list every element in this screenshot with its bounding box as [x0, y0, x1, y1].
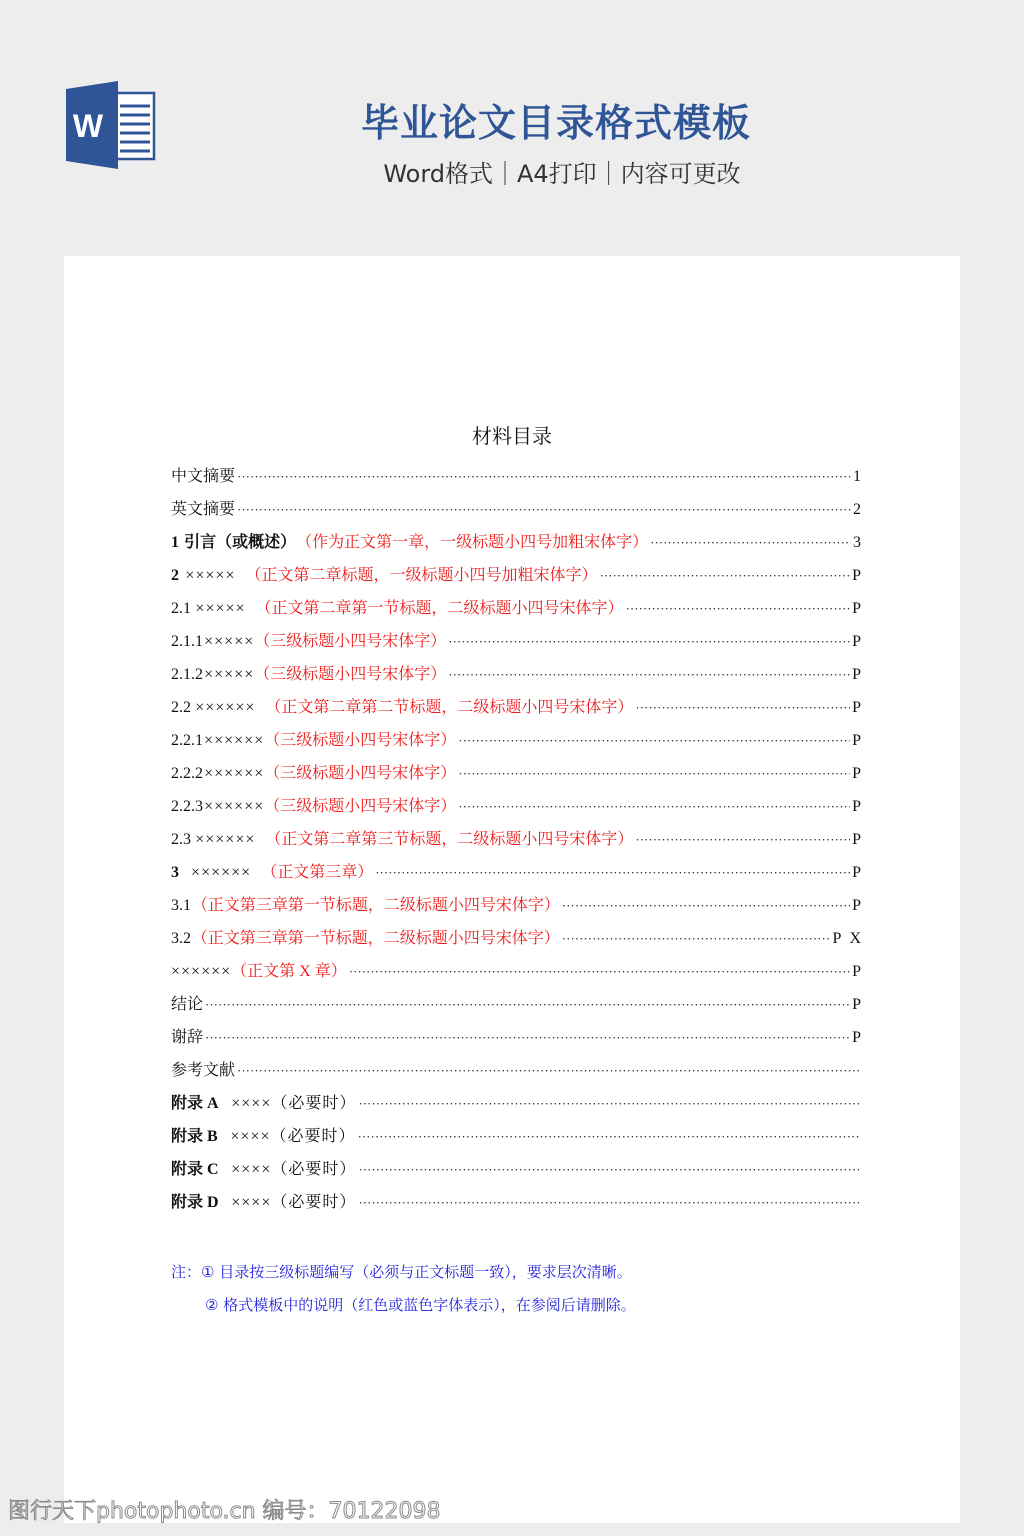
dot-leader	[626, 596, 851, 622]
toc-entry[interactable]: 附录 C××××（必要时）	[171, 1157, 861, 1190]
toc-entry-label: 参考文献	[171, 1058, 235, 1084]
toc-entry-label: ××××××	[195, 827, 255, 853]
dot-leader	[562, 893, 850, 919]
dot-leader	[358, 1091, 859, 1117]
toc-entry[interactable]: ××××××（正文第 X 章）P	[171, 959, 861, 992]
toc-entry[interactable]: 2×××××（正文第二章标题，一级标题小四号加粗宋体字）P	[171, 563, 861, 596]
toc-entry-page-number: P	[852, 662, 861, 688]
toc-entry-format-note: （正文第二章第一节标题，二级标题小四号宋体字）	[256, 596, 624, 622]
toc-entry-label: ××××××	[171, 959, 231, 985]
toc-entry-format-note: （正文第三章第一节标题，二级标题小四号宋体字）	[192, 893, 560, 919]
toc-entry[interactable]: 英文摘要2	[171, 497, 861, 530]
toc-entry-number: 附录 C	[171, 1157, 219, 1183]
toc-entry[interactable]: 参考文献	[171, 1058, 861, 1091]
toc-entry[interactable]: 1引言（或概述）（作为正文第一章，一级标题小四号加粗宋体字）3	[171, 530, 861, 563]
note-text: ② 格式模板中的说明（红色或蓝色字体表示），在参阅后请删除。	[205, 1296, 636, 1314]
document-title: 材料目录	[64, 420, 960, 449]
toc-entry-page-number: P	[852, 860, 861, 886]
dot-leader	[635, 827, 850, 853]
toc-entry-label: ×××××	[204, 662, 254, 688]
toc-entry-label: ××××××	[204, 761, 264, 787]
note-line: ② 格式模板中的说明（红色或蓝色字体表示），在参阅后请删除。	[171, 1293, 636, 1326]
toc-entry-format-note: （正文第二章标题，一级标题小四号加粗宋体字）	[245, 563, 597, 589]
document-page: 材料目录 中文摘要1英文摘要21引言（或概述）（作为正文第一章，一级标题小四号加…	[64, 256, 960, 1523]
dot-leader	[562, 926, 831, 952]
instruction-notes: 注：① 目录按三级标题编写（必须与正文标题一致），要求层次清晰。 ② 格式模板中…	[171, 1260, 636, 1326]
toc-entry-format-note: （正文第三章第一节标题，二级标题小四号宋体字）	[192, 926, 560, 952]
toc-entry-page-number: P	[852, 629, 861, 655]
note-text: ① 目录按三级标题编写（必须与正文标题一致），要求层次清晰。	[201, 1263, 632, 1281]
toc-entry-page-number: P	[852, 992, 861, 1018]
toc-entry-number: 2.1	[171, 596, 191, 622]
toc-entry-format-note: （三级标题小四号宋体字）	[264, 794, 456, 820]
toc-entry[interactable]: 2.2××××××（正文第二章第二节标题，二级标题小四号宋体字）P	[171, 695, 861, 728]
dot-leader	[458, 761, 850, 787]
toc-entry-page-number: P	[852, 827, 861, 853]
toc-entry-number: 2.2	[171, 695, 191, 721]
toc-entry-label: 英文摘要	[171, 497, 235, 523]
toc-entry-number: 3.2	[171, 926, 191, 952]
toc-entry[interactable]: 附录 D××××（必要时）	[171, 1190, 861, 1223]
toc-entry-page-number: 1	[853, 464, 861, 490]
page-subtitle: Word格式｜A4打印｜内容可更改	[0, 154, 1024, 189]
toc-entry-format-note: （作为正文第一章，一级标题小四号加粗宋体字）	[296, 530, 648, 556]
toc-entry-format-note: （正文第二章第二节标题，二级标题小四号宋体字）	[265, 695, 633, 721]
dot-leader	[375, 860, 850, 886]
toc-entry[interactable]: 中文摘要1	[171, 464, 861, 497]
toc-entry[interactable]: 谢辞P	[171, 1025, 861, 1058]
toc-entry-label: ××××（必要时）	[231, 1190, 356, 1216]
toc-entry-number: 2.3	[171, 827, 191, 853]
toc-entry[interactable]: 2.1×××××（正文第二章第一节标题，二级标题小四号宋体字）P	[171, 596, 861, 629]
toc-entry-extra-mark: X	[849, 926, 861, 952]
toc-entry-label: ×××××	[185, 563, 235, 589]
page-title: 毕业论文目录格式模板	[0, 92, 1024, 147]
dot-leader	[448, 629, 850, 655]
toc-entry-format-note: （正文第三章）	[261, 860, 373, 886]
toc-entry-number: 3	[171, 860, 179, 886]
dot-leader	[600, 563, 851, 589]
toc-entry-format-note: （三级标题小四号宋体字）	[254, 629, 446, 655]
toc-entry-label: ×××××	[204, 629, 254, 655]
toc-entry[interactable]: 2.2.3××××××（三级标题小四号宋体字）P	[171, 794, 861, 827]
toc-entry-label: ××××××	[191, 860, 251, 886]
toc-entry[interactable]: 3.2（正文第三章第一节标题，二级标题小四号宋体字）PX	[171, 926, 861, 959]
toc-entry[interactable]: 2.2.1××××××（三级标题小四号宋体字）P	[171, 728, 861, 761]
dot-leader	[205, 992, 850, 1018]
toc-entry-label: 结论	[171, 992, 203, 1018]
toc-entry[interactable]: 附录 A××××（必要时）	[171, 1091, 861, 1124]
table-of-contents: 中文摘要1英文摘要21引言（或概述）（作为正文第一章，一级标题小四号加粗宋体字）…	[171, 464, 861, 1223]
toc-entry-format-note: （正文第二章第三节标题，二级标题小四号宋体字）	[265, 827, 633, 853]
dot-leader	[237, 464, 851, 490]
dot-leader	[358, 1124, 859, 1150]
dot-leader	[205, 1025, 850, 1051]
dot-leader	[237, 1058, 859, 1084]
toc-entry-label: ××××（必要时）	[230, 1124, 355, 1150]
toc-entry-page-number: 3	[853, 530, 861, 556]
toc-entry[interactable]: 2.1.2×××××（三级标题小四号宋体字）P	[171, 662, 861, 695]
dot-leader	[458, 728, 850, 754]
toc-entry-page-number: 2	[853, 497, 861, 523]
toc-entry-label: 谢辞	[171, 1025, 203, 1051]
toc-entry-page-number: P	[852, 761, 861, 787]
dot-leader	[458, 794, 850, 820]
toc-entry[interactable]: 3××××××（正文第三章）P	[171, 860, 861, 893]
toc-entry-number: 3.1	[171, 893, 191, 919]
toc-entry-number: 2	[171, 563, 179, 589]
toc-entry[interactable]: 2.2.2××××××（三级标题小四号宋体字）P	[171, 761, 861, 794]
toc-entry-page-number: P	[852, 563, 861, 589]
toc-entry-format-note: （三级标题小四号宋体字）	[264, 728, 456, 754]
dot-leader	[358, 1190, 859, 1216]
toc-entry-number: 2.2.1	[171, 728, 203, 754]
dot-leader	[237, 497, 851, 523]
watermark: 图行天下photophoto.cn 编号：70122098	[8, 1494, 441, 1525]
toc-entry[interactable]: 2.1.1×××××（三级标题小四号宋体字）P	[171, 629, 861, 662]
toc-entry[interactable]: 2.3××××××（正文第二章第三节标题，二级标题小四号宋体字）P	[171, 827, 861, 860]
toc-entry[interactable]: 3.1（正文第三章第一节标题，二级标题小四号宋体字）P	[171, 893, 861, 926]
toc-entry-page-number: P	[852, 1025, 861, 1051]
toc-entry-label: ××××××	[204, 794, 264, 820]
toc-entry-page-number: P	[852, 695, 861, 721]
toc-entry-number: 2.1.2	[171, 662, 203, 688]
toc-entry-label: ×××××	[195, 596, 245, 622]
note-line: 注：① 目录按三级标题编写（必须与正文标题一致），要求层次清晰。	[171, 1260, 636, 1293]
toc-entry-page-number: P	[852, 959, 861, 985]
toc-entry-format-note: （正文第 X 章）	[231, 959, 347, 985]
toc-entry-number: 2.2.3	[171, 794, 203, 820]
dot-leader	[358, 1157, 859, 1183]
toc-entry-number: 附录 A	[171, 1091, 219, 1117]
toc-entry-label: ××××××	[204, 728, 264, 754]
dot-leader	[635, 695, 850, 721]
toc-entry-page-number: P	[833, 926, 842, 952]
toc-entry-number: 1	[171, 530, 179, 556]
dot-leader	[650, 530, 851, 556]
dot-leader	[448, 662, 850, 688]
toc-entry-number: 附录 D	[171, 1190, 219, 1216]
toc-entry-number: 附录 B	[171, 1124, 218, 1150]
toc-entry-page-number: P	[852, 794, 861, 820]
toc-entry-number: 2.2.2	[171, 761, 203, 787]
toc-entry[interactable]: 附录 B××××（必要时）	[171, 1124, 861, 1157]
toc-entry-label: ××××（必要时）	[231, 1157, 356, 1183]
toc-entry-page-number: P	[852, 893, 861, 919]
toc-entry-format-note: （三级标题小四号宋体字）	[264, 761, 456, 787]
note-prefix: 注：	[171, 1263, 201, 1281]
dot-leader	[349, 959, 850, 985]
toc-entry-label: 中文摘要	[171, 464, 235, 490]
toc-entry-label: 引言（或概述）	[184, 530, 296, 556]
toc-entry-page-number: P	[852, 728, 861, 754]
toc-entry-format-note: （三级标题小四号宋体字）	[254, 662, 446, 688]
toc-entry[interactable]: 结论P	[171, 992, 861, 1025]
toc-entry-page-number: P	[852, 596, 861, 622]
toc-entry-number: 2.1.1	[171, 629, 203, 655]
toc-entry-label: ××××××	[195, 695, 255, 721]
toc-entry-label: ××××（必要时）	[231, 1091, 356, 1117]
